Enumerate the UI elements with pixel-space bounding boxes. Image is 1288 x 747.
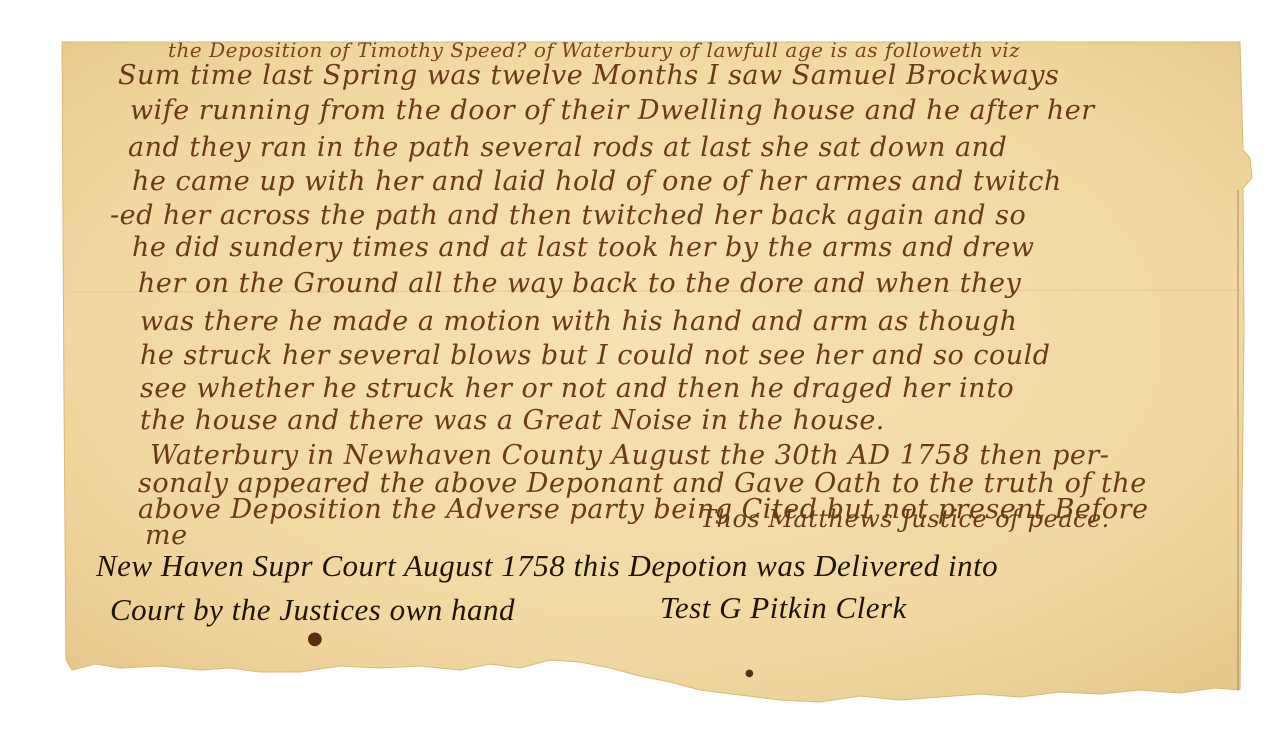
deposition-header: the Deposition of Timothy Speed? of Wate… <box>168 38 1020 62</box>
deposition-line: he struck her several blows but I could … <box>140 340 1051 371</box>
deposition-line: and they ran in the path several rods at… <box>128 132 1007 163</box>
deposition-line: wife running from the door of their Dwel… <box>130 95 1095 126</box>
manuscript-page: the Deposition of Timothy Speed? of Wate… <box>0 0 1288 747</box>
deposition-line: was there he made a motion with his hand… <box>140 306 1017 337</box>
jurat-line: me <box>145 520 188 551</box>
ink-blot: ● <box>745 668 754 679</box>
deposition-line: he did sundery times and at last took he… <box>132 232 1035 263</box>
deposition-line: he came up with her and laid hold of one… <box>132 166 1062 197</box>
deposition-line: the house and there was a Great Noise in… <box>140 405 885 436</box>
jurat-line: Waterbury in Newhaven County August the … <box>150 440 1109 471</box>
justice-signature: Thos Matthews Justice of peace. <box>700 505 1110 533</box>
court-note-line: Court by the Justices own hand <box>110 592 515 628</box>
court-note-line: New Haven Supr Court August 1758 this De… <box>96 548 998 584</box>
clerk-signature: Test G Pitkin Clerk <box>660 590 907 626</box>
deposition-line: her on the Ground all the way back to th… <box>138 268 1021 299</box>
deposition-line: see whether he struck her or not and the… <box>140 373 1014 404</box>
deposition-line: Sum time last Spring was twelve Months I… <box>118 60 1059 91</box>
ink-blot: ● <box>307 628 323 649</box>
deposition-line: -ed her across the path and then twitche… <box>110 200 1026 231</box>
